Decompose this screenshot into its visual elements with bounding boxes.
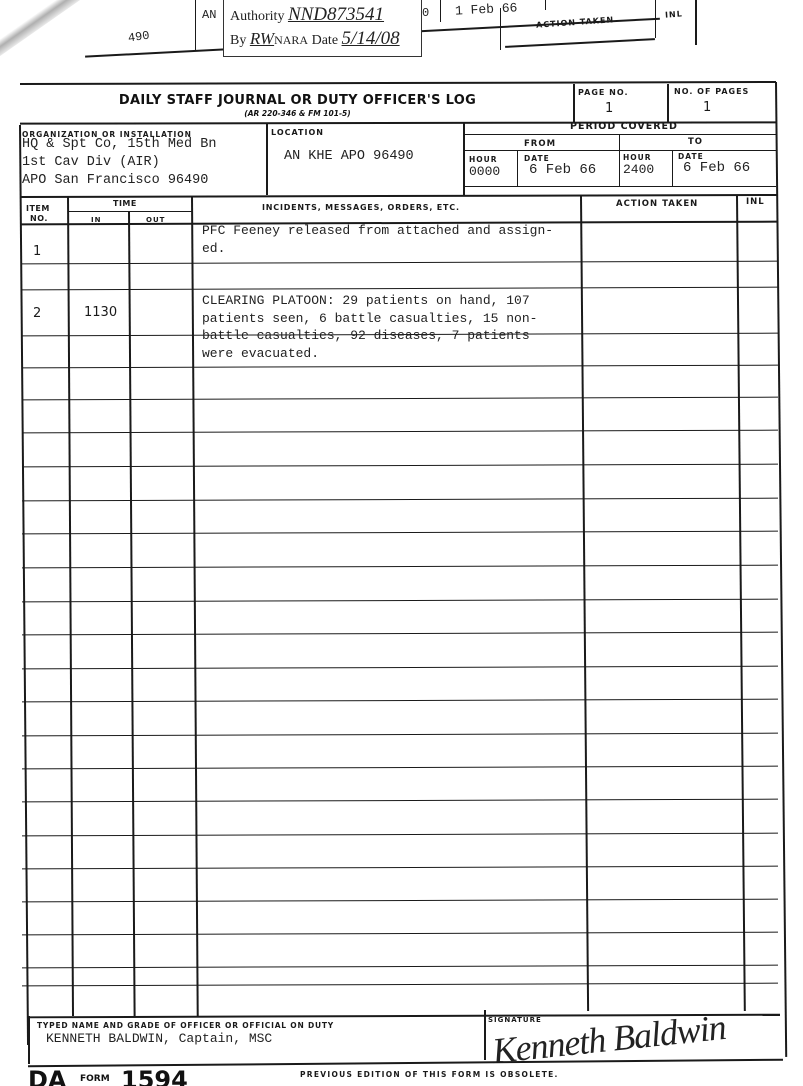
entry-1-text-line-2: ed. — [202, 240, 225, 258]
organization-line-2: 1st Cav Div (AIR) — [22, 155, 160, 170]
to-hour-value: 2400 — [623, 162, 654, 177]
officer-label: TYPED NAME AND GRADE OF OFFICER OR OFFIC… — [37, 1021, 334, 1030]
item-no-header-line-2: NO. — [30, 214, 48, 223]
divider — [463, 122, 465, 195]
organization-line-1: HQ & Spt Co, 15th Med Bn — [22, 137, 216, 152]
table-row-line — [22, 766, 778, 770]
divider — [464, 134, 776, 135]
table-row-line — [22, 833, 778, 837]
entry-2-text-line-1: CLEARING PLATOON: 29 patients on hand, 1… — [202, 292, 530, 310]
table-row-line — [22, 866, 778, 870]
to-label: TO — [688, 137, 703, 147]
divider — [68, 211, 192, 212]
divider — [619, 135, 620, 187]
form-subtitle: (AR 220-346 & FM 101-5) — [20, 109, 575, 118]
entry-2-time-in: 1130 — [84, 305, 117, 320]
table-row-line — [22, 733, 778, 737]
table-row-line — [22, 666, 778, 670]
table-row-line — [22, 261, 778, 265]
incidents-header: INCIDENTS, MESSAGES, ORDERS, ETC. — [262, 203, 460, 212]
period-covered-label: PERIOD COVERED — [570, 121, 678, 132]
from-hour-label: HOUR — [469, 155, 498, 164]
entry-2-text-line-2: patients seen, 6 battle casualties, 15 n… — [202, 310, 537, 328]
table-row-line — [22, 287, 778, 291]
divider — [20, 194, 778, 197]
officer-value: KENNETH BALDWIN, Captain, MSC — [46, 1031, 272, 1046]
inl-header: INL — [746, 197, 765, 207]
table-row-line — [22, 799, 778, 803]
form-prefix: DA — [28, 1066, 67, 1086]
divider — [667, 84, 669, 122]
divider — [672, 150, 673, 186]
from-date-value: 6 Feb 66 — [529, 162, 596, 178]
from-hour-value: 0000 — [469, 164, 500, 179]
table-row-line — [22, 599, 778, 603]
action-taken-header: ACTION TAKEN — [616, 199, 698, 209]
entry-2-text-line-3: battle casualties, 92 diseases, 7 patien… — [202, 327, 530, 345]
organization-line-3: APO San Francisco 96490 — [22, 173, 208, 188]
divider — [464, 186, 776, 187]
table-row-line — [22, 430, 778, 434]
divider — [266, 123, 268, 195]
from-label: FROM — [524, 139, 556, 149]
table-row-line — [22, 464, 778, 468]
divider — [28, 1016, 30, 1064]
table-row-line — [22, 565, 778, 569]
table-row-line — [22, 632, 778, 636]
page-no-label: PAGE NO. — [578, 88, 629, 97]
form-word: FORM — [80, 1074, 110, 1084]
duty-officer-log-form: DAILY STAFF JOURNAL OR DUTY OFFICER'S LO… — [0, 0, 803, 1086]
table-row-line — [22, 899, 778, 903]
form-number: 1594 — [121, 1066, 188, 1086]
table-row-line — [22, 498, 778, 502]
table-row-line — [22, 699, 778, 703]
table-row-line — [22, 365, 778, 369]
column-divider-time — [128, 212, 135, 1016]
table-row-line — [22, 531, 778, 535]
column-divider-incidents — [191, 196, 198, 1016]
column-divider-inl — [736, 196, 745, 1011]
divider — [573, 84, 575, 122]
to-date-value: 6 Feb 66 — [683, 160, 750, 176]
no-of-pages-value: 1 — [703, 100, 711, 115]
signature-label: SIGNATURE — [488, 1016, 542, 1024]
location-label: LOCATION — [271, 128, 324, 137]
entry-1-text-line-1: PFC Feeney released from attached and as… — [202, 222, 553, 240]
column-divider-action — [580, 196, 589, 1011]
divider — [464, 150, 776, 151]
form-right-border — [775, 82, 787, 1057]
page-no-value: 1 — [605, 101, 613, 116]
form-title: DAILY STAFF JOURNAL OR DUTY OFFICER'S LO… — [20, 93, 575, 108]
obsolete-notice: PREVIOUS EDITION OF THIS FORM IS OBSOLET… — [300, 1070, 559, 1079]
time-header: TIME — [113, 199, 137, 208]
divider — [484, 1010, 486, 1060]
to-hour-label: HOUR — [623, 153, 652, 162]
entry-1-item-no: 1 — [33, 244, 41, 259]
table-row-line — [22, 397, 778, 401]
column-divider-item — [67, 196, 74, 1016]
table-row-line — [22, 965, 778, 969]
item-no-header-line-1: ITEM — [26, 204, 50, 213]
form-top-border — [20, 81, 776, 85]
entry-2-item-no: 2 — [33, 306, 41, 321]
location-value: AN KHE APO 96490 — [284, 149, 414, 164]
entry-2-text-line-4: were evacuated. — [202, 345, 319, 363]
divider — [517, 151, 518, 187]
no-of-pages-label: NO. OF PAGES — [674, 87, 749, 96]
table-row-line — [22, 932, 778, 936]
table-row-line — [22, 983, 778, 987]
